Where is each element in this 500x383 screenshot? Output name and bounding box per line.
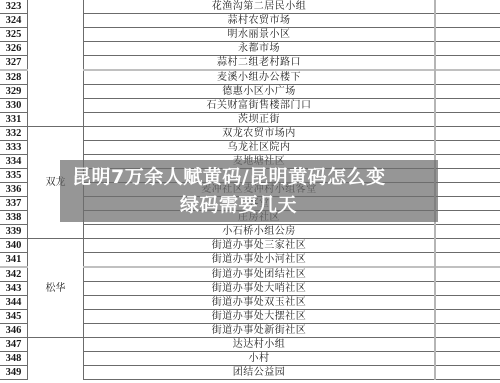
empty-cell <box>435 282 500 296</box>
location-cell: 街道办事处新街社区 <box>84 324 436 338</box>
headline-text-line2: 绿码需要几天 <box>180 190 297 217</box>
table-row: 332双龙双龙农贸市场内 <box>0 127 500 141</box>
empty-cell <box>435 267 500 282</box>
area-cell <box>28 0 84 127</box>
row-number: 330 <box>0 99 28 113</box>
empty-cell <box>435 42 500 56</box>
row-number: 338 <box>0 211 28 225</box>
table-row: 347达达村小组 <box>0 338 500 352</box>
empty-cell <box>435 225 500 239</box>
location-cell: 花渔沟第二居民小组 <box>84 0 436 14</box>
empty-cell <box>435 197 500 211</box>
location-cell: 石关财富街售楼部门口 <box>84 99 436 113</box>
row-number: 335 <box>0 169 28 183</box>
row-number: 346 <box>0 324 28 338</box>
empty-cell <box>435 239 500 253</box>
row-number: 339 <box>0 225 28 239</box>
row-number: 332 <box>0 127 28 141</box>
row-number: 331 <box>0 113 28 127</box>
location-cell: 街道办事处团结社区 <box>84 267 436 282</box>
location-cell: 茨坝正街 <box>84 113 436 127</box>
row-number: 329 <box>0 85 28 99</box>
row-number: 328 <box>0 70 28 85</box>
empty-cell <box>435 56 500 71</box>
empty-cell <box>435 85 500 99</box>
row-number: 337 <box>0 197 28 211</box>
location-cell: 街道办事处双玉社区 <box>84 296 436 310</box>
empty-cell <box>435 141 500 155</box>
empty-cell <box>435 366 500 380</box>
empty-cell <box>435 113 500 127</box>
empty-cell <box>435 183 500 197</box>
empty-cell <box>435 253 500 268</box>
empty-cell <box>435 99 500 113</box>
area-cell-songhua: 松华 <box>28 239 84 338</box>
location-cell: 德惠小区小广场 <box>84 85 436 99</box>
row-number: 342 <box>0 267 28 282</box>
empty-cell <box>435 14 500 28</box>
location-cell: 蒜村二组老村路口 <box>84 56 436 71</box>
row-number: 343 <box>0 282 28 296</box>
row-number: 325 <box>0 28 28 42</box>
empty-cell <box>435 127 500 141</box>
location-cell: 达达村小组 <box>84 338 436 352</box>
row-number: 348 <box>0 352 28 366</box>
empty-cell <box>435 338 500 352</box>
row-number: 344 <box>0 296 28 310</box>
empty-cell <box>435 70 500 85</box>
empty-cell <box>435 352 500 366</box>
row-number: 345 <box>0 310 28 324</box>
location-cell: 双龙农贸市场内 <box>84 127 436 141</box>
row-number: 324 <box>0 14 28 28</box>
row-number: 341 <box>0 253 28 268</box>
empty-cell <box>435 0 500 14</box>
row-number: 347 <box>0 338 28 352</box>
row-number: 340 <box>0 239 28 253</box>
location-cell: 街道办事处三家社区 <box>84 239 436 253</box>
empty-cell <box>435 296 500 310</box>
row-number: 336 <box>0 183 28 197</box>
empty-cell <box>435 211 500 225</box>
location-cell: 小村 <box>84 352 436 366</box>
location-cell: 街道办事处小河社区 <box>84 253 436 268</box>
location-cell: 团结公益园 <box>84 366 436 380</box>
row-number: 334 <box>0 155 28 169</box>
location-cell: 麦溪小组办公楼下 <box>84 70 436 85</box>
table-row: 340松华街道办事处三家社区 <box>0 239 500 253</box>
location-cell: 蒜村农贸市场 <box>84 14 436 28</box>
location-cell: 街道办事处大哨社区 <box>84 282 436 296</box>
row-number: 327 <box>0 56 28 71</box>
table-row: 323花渔沟第二居民小组 <box>0 0 500 14</box>
location-cell: 明水丽景小区 <box>84 28 436 42</box>
area-cell <box>28 338 84 380</box>
row-number: 326 <box>0 42 28 56</box>
headline-text-line1: 昆明7万余人赋黄码/昆明黄码怎么变 <box>72 162 386 189</box>
location-cell: 小石桥小组公房 <box>84 225 436 239</box>
empty-cell <box>435 169 500 183</box>
row-number: 349 <box>0 366 28 380</box>
row-number: 333 <box>0 141 28 155</box>
empty-cell <box>435 310 500 324</box>
empty-cell <box>435 155 500 169</box>
location-cell: 街道办事处大摆社区 <box>84 310 436 324</box>
location-cell: 乌龙社区院内 <box>84 141 436 155</box>
empty-cell <box>435 28 500 42</box>
empty-cell <box>435 324 500 338</box>
location-cell: 永都市场 <box>84 42 436 56</box>
row-number: 323 <box>0 0 28 14</box>
